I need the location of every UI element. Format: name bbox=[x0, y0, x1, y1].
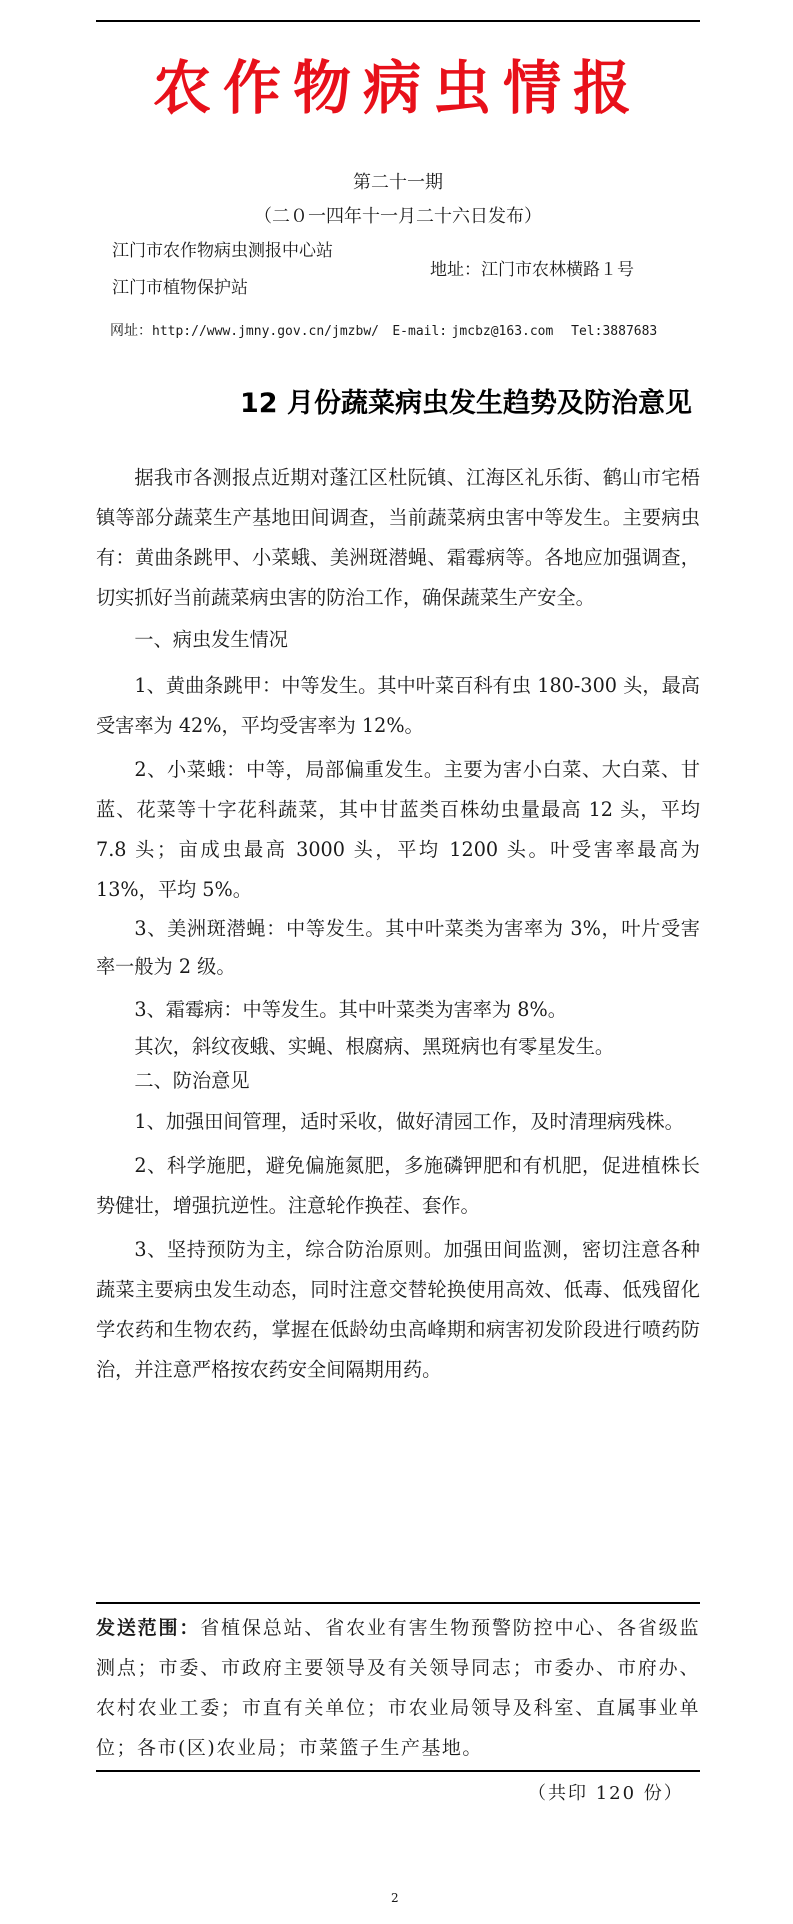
section-2-item: 3、坚持预防为主，综合防治原则。加强田间监测，密切注意各种蔬菜主要病虫发生动态，… bbox=[96, 1230, 700, 1390]
article-title: 12 月份蔬菜病虫发生趋势及防治意见 bbox=[96, 386, 700, 422]
tel-label: Tel: bbox=[571, 324, 602, 339]
publisher-address: 地址：江门市农林横路１号 bbox=[430, 259, 634, 281]
page-number: 2 bbox=[391, 1890, 399, 1906]
email-link[interactable]: jmcbz@163.com bbox=[452, 324, 554, 339]
tel-number: 3887683 bbox=[602, 324, 657, 339]
issue-number: 第二十一期 bbox=[96, 172, 700, 194]
section-1-item: 3、美洲斑潜蝇：中等发生。其中叶菜类为害率为 3%，叶片受害率一般为 2 级。 bbox=[96, 910, 700, 986]
article-body: 据我市各测报点近期对蓬江区杜阮镇、江海区礼乐街、鹤山市宅梧镇等部分蔬菜生产基地田… bbox=[96, 458, 700, 1390]
section-1-item: 2、小菜蛾：中等，局部偏重发生。主要为害小白菜、大白菜、甘蓝、花菜等十字花科蔬菜… bbox=[96, 750, 700, 910]
website-label: 网址： bbox=[110, 323, 152, 339]
section-2-heading: 二、防治意见 bbox=[96, 1064, 700, 1098]
distribution-top-rule bbox=[96, 1602, 700, 1604]
section-1-item: 其次，斜纹夜蛾、实蝇、根腐病、黑斑病也有零星发生。 bbox=[96, 1030, 700, 1064]
intro-paragraph: 据我市各测报点近期对蓬江区杜阮镇、江海区礼乐街、鹤山市宅梧镇等部分蔬菜生产基地田… bbox=[96, 458, 700, 618]
section-1-item: 1、黄曲条跳甲：中等发生。其中叶菜百科有虫 180-300 头，最高受害率为 4… bbox=[96, 666, 700, 746]
distribution-label: 发送范围： bbox=[96, 1617, 200, 1639]
section-2-item: 2、科学施肥，避免偏施氮肥，多施磷钾肥和有机肥，促进植株长势健壮，增强抗逆性。注… bbox=[96, 1146, 700, 1226]
copies-printed: （共印 120 份） bbox=[528, 1782, 684, 1806]
distribution-list: 发送范围：省植保总站、省农业有害生物预警防控中心、各省级监测点；市委、市政府主要… bbox=[96, 1608, 700, 1768]
section-1-item: 3、霜霉病：中等发生。其中叶菜类为害率为 8%。 bbox=[96, 990, 700, 1030]
contact-line: 网址：http://www.jmny.gov.cn/jmzbw/ E-mail:… bbox=[110, 322, 657, 341]
distribution-bottom-rule bbox=[96, 1770, 700, 1772]
masthead-title: 农作物病虫情报 bbox=[96, 48, 700, 128]
publisher-org-1: 江门市农作物病虫测报中心站 bbox=[112, 240, 333, 262]
section-2-item: 1、加强田间管理，适时采收，做好清园工作，及时清理病残株。 bbox=[96, 1102, 700, 1142]
release-date: （二０一四年十一月二十六日发布） bbox=[96, 206, 700, 228]
section-1-heading: 一、病虫发生情况 bbox=[96, 620, 700, 660]
top-rule bbox=[96, 20, 700, 22]
publisher-org-2: 江门市植物保护站 bbox=[112, 277, 248, 299]
website-link[interactable]: http://www.jmny.gov.cn/jmzbw/ bbox=[152, 324, 379, 339]
email-label: E-mail: bbox=[392, 324, 447, 339]
